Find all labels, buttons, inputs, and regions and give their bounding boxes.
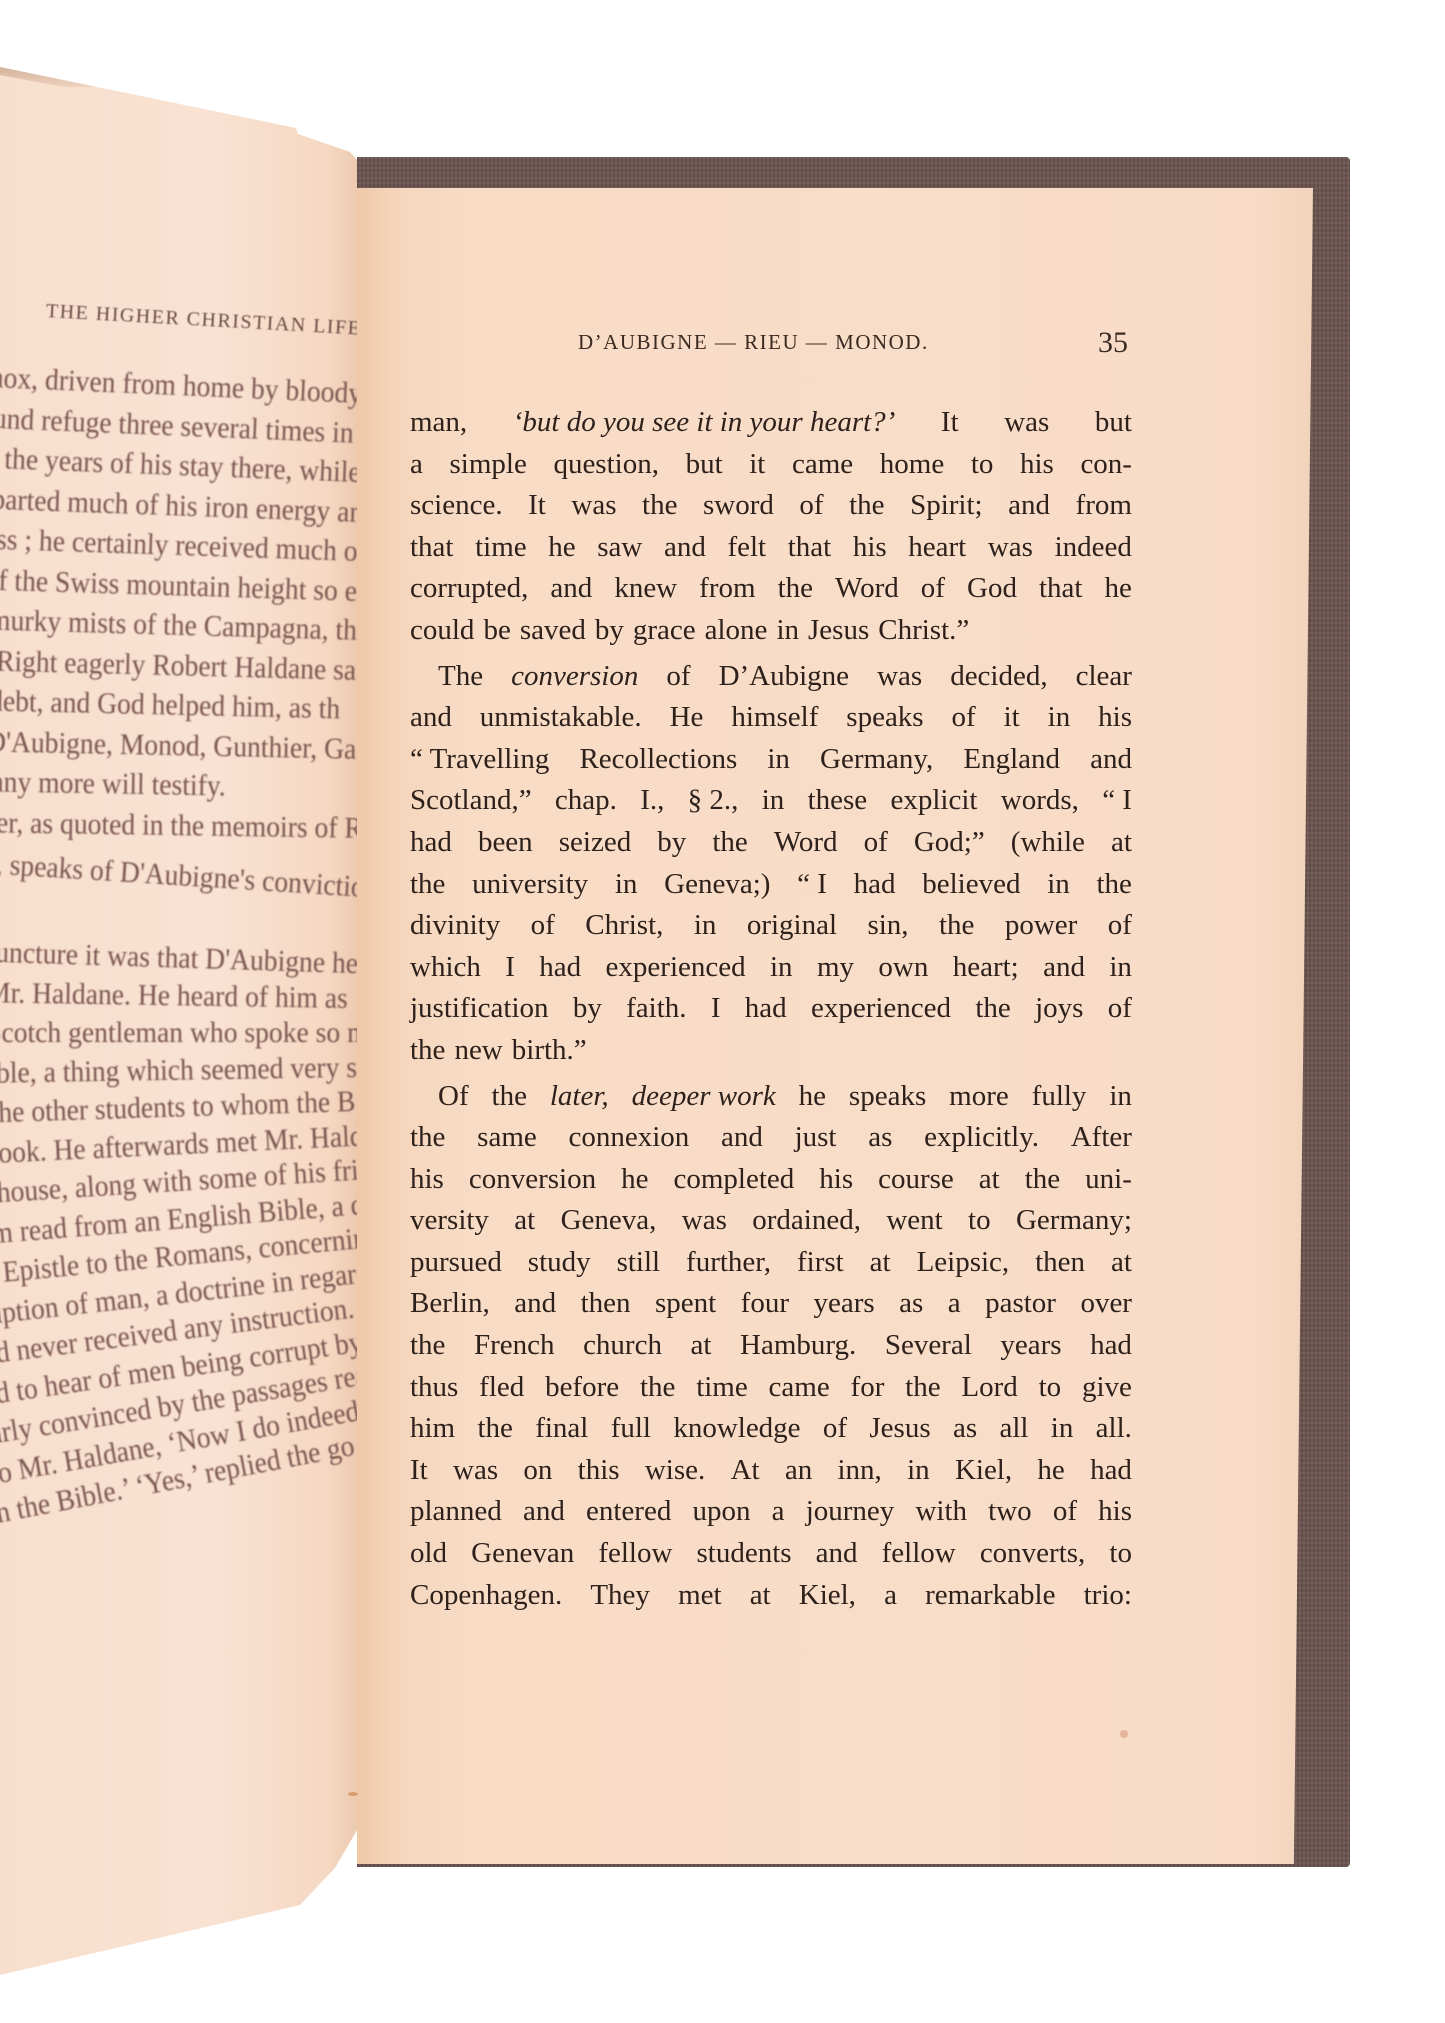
word: God — [967, 568, 1017, 610]
text-line: “ TravellingRecollectionsinGermany,Engla… — [410, 739, 1132, 781]
word: man, — [410, 402, 467, 444]
word: by — [595, 610, 624, 652]
word: could — [410, 610, 474, 652]
word: knowledge — [673, 1408, 800, 1450]
word: went — [886, 1200, 942, 1242]
word: converts, — [980, 1533, 1086, 1575]
text-line: Scotland,”chap.I.,§ 2.,intheseexplicitwo… — [410, 780, 1132, 822]
word: pastor — [985, 1283, 1056, 1325]
word: Kiel, — [799, 1575, 856, 1617]
word: in — [907, 1450, 930, 1492]
word: was — [1004, 402, 1049, 444]
word: was — [571, 485, 616, 527]
word: his — [1098, 1491, 1132, 1533]
word: still — [617, 1242, 661, 1284]
word: I., — [640, 780, 664, 822]
word: the — [778, 568, 813, 610]
word: four — [741, 1283, 789, 1325]
word: fellow — [598, 1533, 672, 1575]
text-line: oldGenevanfellowstudentsandfellowconvert… — [410, 1533, 1132, 1575]
word: Jesus — [808, 610, 869, 652]
word: Hamburg. — [740, 1325, 856, 1367]
word: trio: — [1084, 1575, 1132, 1617]
text-line: Berlin,andthenspentfouryearsasapastorove… — [410, 1283, 1132, 1325]
word: in — [615, 864, 638, 906]
word: fully — [1032, 1076, 1087, 1118]
word: decided, — [950, 656, 1047, 698]
word: and — [410, 697, 452, 739]
word: conversion — [511, 656, 638, 698]
word: Germany, — [820, 739, 933, 781]
word: he — [1037, 1450, 1064, 1492]
word: just — [795, 1117, 837, 1159]
word: simple — [449, 444, 526, 486]
left-text-line: Bible, a thing which seemed very st — [0, 1050, 357, 1090]
text-line: hadbeenseizedbytheWordofGod;”(whileat — [410, 822, 1132, 864]
word: Genevan — [471, 1533, 574, 1575]
word: (while — [1011, 822, 1085, 864]
word: experienced — [811, 988, 951, 1030]
word: of — [666, 656, 690, 698]
text-line: pursuedstudystillfurther,firstatLeipsic,… — [410, 1242, 1132, 1284]
word: in — [776, 610, 799, 652]
word: but — [686, 444, 723, 486]
word: Christ.” — [878, 610, 969, 652]
text-line: theuniversityinGeneva;)“ Ihadbelievedint… — [410, 864, 1132, 906]
text-line: science.ItwastheswordoftheSpirit;andfrom — [410, 485, 1132, 527]
word: at — [870, 1242, 891, 1284]
word: of — [1108, 905, 1132, 947]
word: joys — [1035, 988, 1083, 1030]
word: corrupted, — [410, 568, 528, 610]
word: and — [1090, 739, 1132, 781]
word: had — [1090, 1325, 1132, 1367]
word: a — [948, 1283, 961, 1325]
word: had — [1090, 1450, 1132, 1492]
word: completed — [673, 1159, 794, 1201]
foxing-spot — [1120, 1730, 1128, 1738]
word: remarkable — [925, 1575, 1055, 1617]
word: God;” — [914, 822, 985, 864]
word: the — [1025, 1159, 1060, 1201]
text-line: thesameconnexionandjustasexplicitly.Afte… — [410, 1117, 1132, 1159]
word: journey — [806, 1491, 895, 1533]
word: and — [1043, 947, 1085, 989]
word: my — [817, 947, 854, 989]
word: of — [531, 905, 555, 947]
page-number: 35 — [1098, 326, 1128, 360]
word: full — [611, 1408, 651, 1450]
word: course — [878, 1159, 954, 1201]
word: been — [478, 822, 533, 864]
word: final — [535, 1408, 588, 1450]
word: the — [410, 1325, 445, 1367]
word: the — [640, 1367, 675, 1409]
word: of — [952, 697, 976, 739]
word: in — [767, 739, 790, 781]
word: Geneva;) — [664, 864, 770, 906]
word: was — [453, 1450, 498, 1492]
left-text-line: s juncture it was that D'Aubigne hea — [0, 935, 357, 982]
left-text-line: t of the Swiss mountain height so ele — [0, 563, 357, 609]
word: heart — [908, 527, 966, 569]
word: from — [1076, 485, 1132, 527]
word: Word — [835, 568, 899, 610]
word: felt — [727, 527, 766, 569]
word: “ I — [797, 864, 827, 906]
left-text-line: e debt, and God helped him, as th — [0, 684, 341, 726]
word: him — [410, 1408, 455, 1450]
word: Lord — [961, 1367, 1017, 1409]
word: Recollections — [579, 739, 737, 781]
word: was — [877, 656, 922, 698]
word: birth.” — [512, 1030, 587, 1072]
word: Germany; — [1016, 1200, 1132, 1242]
word: clear — [1076, 656, 1132, 698]
word: the — [492, 1076, 527, 1118]
word: the — [905, 1367, 940, 1409]
word: to — [968, 1200, 991, 1242]
left-text-line: ness ; he certainly received much of — [0, 522, 357, 569]
word: entered — [586, 1491, 671, 1533]
text-line: Ofthelater,deeper workhespeaksmorefullyi… — [410, 1076, 1132, 1118]
word: in — [762, 780, 785, 822]
word: in — [1051, 1408, 1074, 1450]
word: further, — [686, 1242, 771, 1284]
word: church — [583, 1325, 662, 1367]
word: saved — [520, 610, 586, 652]
word: then — [581, 1283, 631, 1325]
word: French — [474, 1325, 555, 1367]
left-text-line: f Mr. Haldane. He heard of him as — [0, 976, 348, 1016]
word: own — [878, 947, 928, 989]
word: of — [1108, 988, 1132, 1030]
word: Scotland,” — [410, 780, 532, 822]
word: met — [678, 1575, 722, 1617]
word: of — [823, 1408, 847, 1450]
word: versity — [410, 1200, 489, 1242]
word: the — [712, 822, 747, 864]
left-text-line: f D'Aubigne, Monod, Gunthier, Ga — [0, 725, 357, 767]
word: connexion — [568, 1117, 689, 1159]
word: all. — [1096, 1408, 1132, 1450]
word: unmistakable. — [480, 697, 642, 739]
text-line: plannedandentereduponajourneywithtwoofhi… — [410, 1491, 1132, 1533]
word: to — [1039, 1367, 1062, 1409]
word: fled — [479, 1367, 524, 1409]
word: question, — [553, 444, 659, 486]
word: at — [691, 1325, 712, 1367]
text-line: Itwasonthiswise.Ataninn,inKiel,hehad — [410, 1450, 1132, 1492]
text-line: Copenhagen.TheymetatKiel,aremarkabletrio… — [410, 1575, 1132, 1617]
word: heart; — [953, 947, 1019, 989]
word: con- — [1080, 444, 1132, 486]
word: divinity — [410, 905, 500, 947]
word: sin, — [867, 905, 908, 947]
word: with — [915, 1491, 967, 1533]
word: had — [410, 822, 452, 864]
word: from — [699, 568, 755, 610]
word: for — [851, 1367, 885, 1409]
word: justification — [410, 988, 549, 1030]
word: was — [682, 1200, 727, 1242]
word: his — [1098, 697, 1132, 739]
right-page-header: D’AUBIGNE — RIEU — MONOD. 35 — [578, 330, 1128, 370]
word: and — [664, 527, 706, 569]
word: the — [410, 864, 445, 906]
word: He — [670, 697, 704, 739]
word: be — [483, 610, 510, 652]
word: at — [514, 1200, 535, 1242]
word: a — [884, 1575, 897, 1617]
word: to — [971, 444, 994, 486]
word: came — [769, 1367, 830, 1409]
word: more — [949, 1076, 1009, 1118]
word: by — [573, 988, 602, 1030]
word: thus — [410, 1367, 458, 1409]
word: first — [797, 1242, 844, 1284]
word: I — [505, 947, 515, 989]
word: to — [1109, 1533, 1132, 1575]
word: later, — [550, 1076, 609, 1118]
word: Berlin, — [410, 1283, 490, 1325]
word: deeper work — [632, 1076, 776, 1118]
word: before — [545, 1367, 619, 1409]
word: of — [1053, 1491, 1077, 1533]
word: Copenhagen. — [410, 1575, 562, 1617]
left-text-line: e murky mists of the Campagna, the I — [0, 603, 357, 649]
text-line: couldbesavedbygracealoneinJesusChrist.” — [410, 610, 1132, 652]
left-text-line: mparted much of his iron energy and — [0, 482, 357, 531]
word: speaks — [846, 697, 923, 739]
word: It — [528, 485, 546, 527]
text-line: andunmistakable.Hehimselfspeaksofitinhis — [410, 697, 1132, 739]
word: wise. — [645, 1450, 705, 1492]
word: that — [410, 527, 454, 569]
word: old — [410, 1533, 447, 1575]
running-head: D’AUBIGNE — RIEU — MONOD. — [578, 330, 929, 355]
word: university — [472, 864, 588, 906]
word: in — [1048, 697, 1071, 739]
word: Several — [885, 1325, 972, 1367]
word: came — [792, 444, 853, 486]
word: It — [941, 402, 959, 444]
word: ordained, — [752, 1200, 861, 1242]
text-line: corrupted,andknewfromtheWordofGodthathe — [410, 568, 1132, 610]
left-text-line: ne, speaks of D'Aubigne's convictio — [0, 846, 357, 905]
word: upon — [693, 1491, 751, 1533]
word: a — [410, 444, 423, 486]
word: alone — [705, 610, 768, 652]
word: faith. — [626, 988, 686, 1030]
text-line: thusfledbeforethetimecamefortheLordtogiv… — [410, 1367, 1132, 1409]
word: saw — [597, 527, 642, 569]
word: years — [1000, 1325, 1061, 1367]
word: experienced — [606, 947, 746, 989]
word: § 2., — [688, 780, 739, 822]
word: uni- — [1085, 1159, 1132, 1201]
word: the — [410, 1030, 445, 1072]
word: Of — [438, 1076, 469, 1118]
word: give — [1082, 1367, 1132, 1409]
word: believed — [922, 864, 1020, 906]
word: two — [988, 1491, 1032, 1533]
word: Jesus — [869, 1408, 930, 1450]
word: Kiel, — [955, 1450, 1012, 1492]
word: all — [999, 1408, 1028, 1450]
word: the — [477, 1408, 512, 1450]
left-text-line: r Scotch gentleman who spoke so m — [0, 1016, 357, 1050]
word: students — [697, 1533, 792, 1575]
word: then — [1035, 1242, 1085, 1284]
word: the — [939, 905, 974, 947]
word: the — [410, 1117, 445, 1159]
word: At — [731, 1450, 760, 1492]
word: spent — [655, 1283, 716, 1325]
word: science. — [410, 485, 503, 527]
word: as — [953, 1408, 977, 1450]
word: the — [642, 485, 677, 527]
word: that — [1039, 568, 1083, 610]
word: ‘but do you see it in your heart?’ — [513, 402, 896, 444]
word: original — [747, 905, 837, 947]
word: Spirit; — [910, 485, 983, 527]
word: in — [1109, 1076, 1132, 1118]
word: in — [1047, 864, 1070, 906]
text-line: whichIhadexperiencedinmyownheart;andin — [410, 947, 1132, 989]
word: was — [988, 527, 1033, 569]
word: grace — [633, 610, 696, 652]
text-line: hisconversionhecompletedhiscourseattheun… — [410, 1159, 1132, 1201]
left-running-head: THE HIGHER CHRISTIAN LIFE. — [45, 300, 357, 341]
word: of — [864, 822, 888, 864]
word: Christ, — [585, 905, 663, 947]
word: but — [1095, 402, 1132, 444]
word: indeed — [1055, 527, 1132, 569]
word: speaks — [849, 1076, 926, 1118]
word: this — [578, 1450, 620, 1492]
text-line: divinityofChrist,inoriginalsin,thepowero… — [410, 905, 1132, 947]
word: it — [1004, 697, 1020, 739]
word: of — [921, 568, 945, 610]
word: study — [528, 1242, 591, 1284]
word: at — [750, 1575, 771, 1617]
word: by — [657, 822, 686, 864]
word: he — [548, 527, 575, 569]
word: and — [1008, 485, 1050, 527]
word: After — [1071, 1117, 1132, 1159]
word: at — [1111, 1242, 1132, 1284]
word: inn, — [838, 1450, 882, 1492]
word: his — [819, 1159, 853, 1201]
word: a — [772, 1491, 785, 1533]
word: he — [799, 1076, 826, 1118]
word: words, — [1001, 780, 1079, 822]
left-page-content: THE HIGHER CHRISTIAN LIFE. Knox, driven … — [0, 0, 357, 2023]
word: an — [785, 1450, 812, 1492]
word: Leipsic, — [917, 1242, 1010, 1284]
word: new — [454, 1030, 502, 1072]
word: Word — [774, 822, 838, 864]
word: it — [749, 444, 765, 486]
word: chap. — [555, 780, 617, 822]
word: home — [880, 444, 944, 486]
word: They — [590, 1575, 650, 1617]
word: had — [745, 988, 787, 1030]
text-line: asimplequestion,butitcamehometohiscon- — [410, 444, 1132, 486]
word: “ Travelling — [410, 739, 549, 781]
word: sword — [703, 485, 774, 527]
left-text-line: ever, as quoted in the memoirs of R — [0, 806, 357, 846]
word: and — [523, 1491, 565, 1533]
word: I — [711, 988, 721, 1030]
word: of — [799, 485, 823, 527]
word: had — [854, 864, 896, 906]
word: and — [816, 1533, 858, 1575]
left-text-line: e. Right eagerly Robert Haldane sa — [0, 644, 357, 688]
word: in — [1109, 947, 1132, 989]
word: “ I — [1102, 780, 1132, 822]
word: planned — [410, 1491, 502, 1533]
word: the — [975, 988, 1010, 1030]
word: as — [868, 1117, 892, 1159]
word: as — [899, 1283, 923, 1325]
word: the — [849, 485, 884, 527]
word: that — [788, 527, 832, 569]
word: and — [721, 1117, 763, 1159]
word: same — [477, 1117, 537, 1159]
word: in — [770, 947, 793, 989]
right-page-body-text: man,‘but do you see it in your heart?’It… — [410, 402, 1132, 1616]
word: time — [696, 1367, 748, 1409]
word: seized — [559, 822, 631, 864]
foxing-spot — [348, 1792, 358, 1796]
word: Geneva, — [561, 1200, 657, 1242]
word: at — [1111, 822, 1132, 864]
word: at — [979, 1159, 1000, 1201]
word: pursued — [410, 1242, 502, 1284]
word: had — [539, 947, 581, 989]
left-text-line: many more will testify. — [0, 765, 226, 803]
word: the — [1096, 864, 1131, 906]
word: in — [694, 905, 717, 947]
word: years — [813, 1283, 874, 1325]
text-line: theFrenchchurchatHamburg.Severalyearshad — [410, 1325, 1132, 1367]
word: on — [523, 1450, 552, 1492]
word: his — [1020, 444, 1054, 486]
word: explicitly. — [924, 1117, 1039, 1159]
word: conversion — [469, 1159, 596, 1201]
word: and — [550, 568, 592, 610]
word: knew — [614, 568, 677, 610]
text-line: justificationbyfaith.Ihadexperiencedthej… — [410, 988, 1132, 1030]
text-line: TheconversionofD’Aubignewasdecided,clear — [410, 656, 1132, 698]
word: he — [621, 1159, 648, 1201]
word: these — [808, 780, 868, 822]
word: himself — [731, 697, 818, 739]
text-line: man,‘but do you see it in your heart?’It… — [410, 402, 1132, 444]
word: D’Aubigne — [719, 656, 849, 698]
word: and — [514, 1283, 556, 1325]
word: fellow — [882, 1533, 956, 1575]
word: power — [1005, 905, 1077, 947]
word: explicit — [890, 780, 977, 822]
text-line: thenewbirth.” — [410, 1030, 1132, 1072]
word: time — [475, 527, 527, 569]
word: The — [438, 656, 483, 698]
word: over — [1080, 1283, 1132, 1325]
word: he — [1105, 568, 1132, 610]
